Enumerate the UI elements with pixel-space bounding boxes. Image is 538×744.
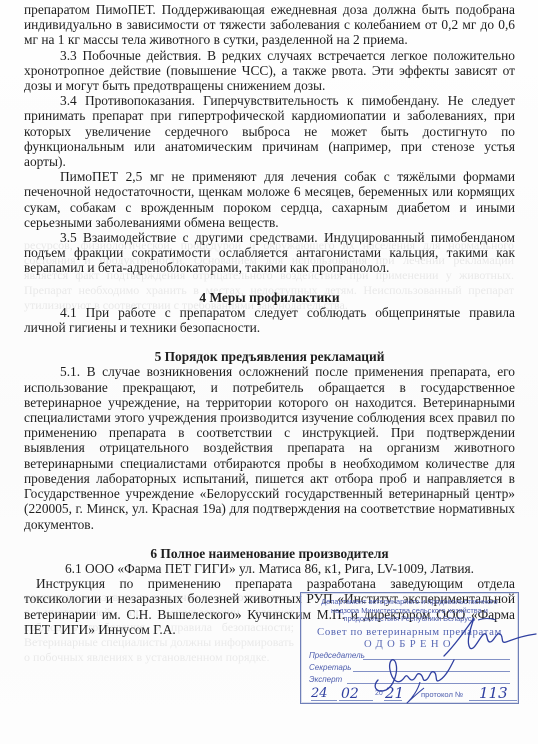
section-5-paragraph: 5.1. В случае возникновения осложнений п… bbox=[24, 364, 515, 531]
stamp-department-line: продовольствия Республики Беларусь bbox=[301, 615, 518, 624]
stamp-date-row: 24 02 20 21 протокол № 113 bbox=[311, 686, 518, 702]
stamp-secretary-label: Секретарь bbox=[309, 663, 352, 672]
stamp-protocol-number: 113 bbox=[479, 684, 508, 702]
stamp-department: Департамент ветеринарного и продовольств… bbox=[301, 598, 518, 624]
stamp-date-day: 24 bbox=[311, 686, 328, 701]
manufacturer-line: 6.1 ООО «Фарма ПЕТ ГИГИ» ул. Матиса 86, … bbox=[24, 561, 515, 576]
contraindications-paragraph: 3.4 Противопоказания. Гиперчувствительно… bbox=[24, 93, 515, 169]
section-5-heading: 5 Порядок предъявления рекламаций bbox=[24, 349, 515, 364]
approval-stamp: Департамент ветеринарного и продовольств… bbox=[300, 592, 519, 704]
interactions-paragraph: 3.5 Взаимодействие с другими средствами.… bbox=[24, 230, 515, 276]
stamp-council: Совет по ветеринарным препаратам bbox=[301, 626, 518, 638]
section-4-heading: 4 Меры профилактики bbox=[24, 290, 515, 305]
stamp-year-suffix: 21 bbox=[385, 684, 404, 702]
stamp-approved: ОДОБРЕНО bbox=[301, 639, 518, 650]
section-4-paragraph: 4.1 При работе с препаратом следует собл… bbox=[24, 305, 515, 335]
stamp-year-prefix: 20 bbox=[375, 690, 383, 697]
stamp-protocol-label: протокол № bbox=[421, 690, 463, 699]
stamp-date-month: 02 bbox=[341, 686, 359, 702]
stamp-secretary-row: Секретарь bbox=[309, 662, 518, 674]
section-6-heading: 6 Полное наименование производителя bbox=[24, 546, 515, 561]
document-body: препаратом ПимоПЕТ. Поддерживающая ежедн… bbox=[24, 2, 515, 637]
stamp-expert-label: Эксперт bbox=[309, 675, 342, 684]
document-page: ресурсов, физиологической, процедурой и … bbox=[0, 0, 538, 744]
stamp-chairman-label: Председатель bbox=[309, 651, 365, 660]
restrictions-paragraph: ПимоПЕТ 2,5 мг не применяют для лечения … bbox=[24, 169, 515, 230]
stamp-chairman-row: Председатель bbox=[309, 650, 518, 662]
dosage-paragraph: препаратом ПимоПЕТ. Поддерживающая ежедн… bbox=[24, 2, 515, 48]
side-effects-paragraph: 3.3 Побочные действия. В редких случаях … bbox=[24, 48, 515, 94]
